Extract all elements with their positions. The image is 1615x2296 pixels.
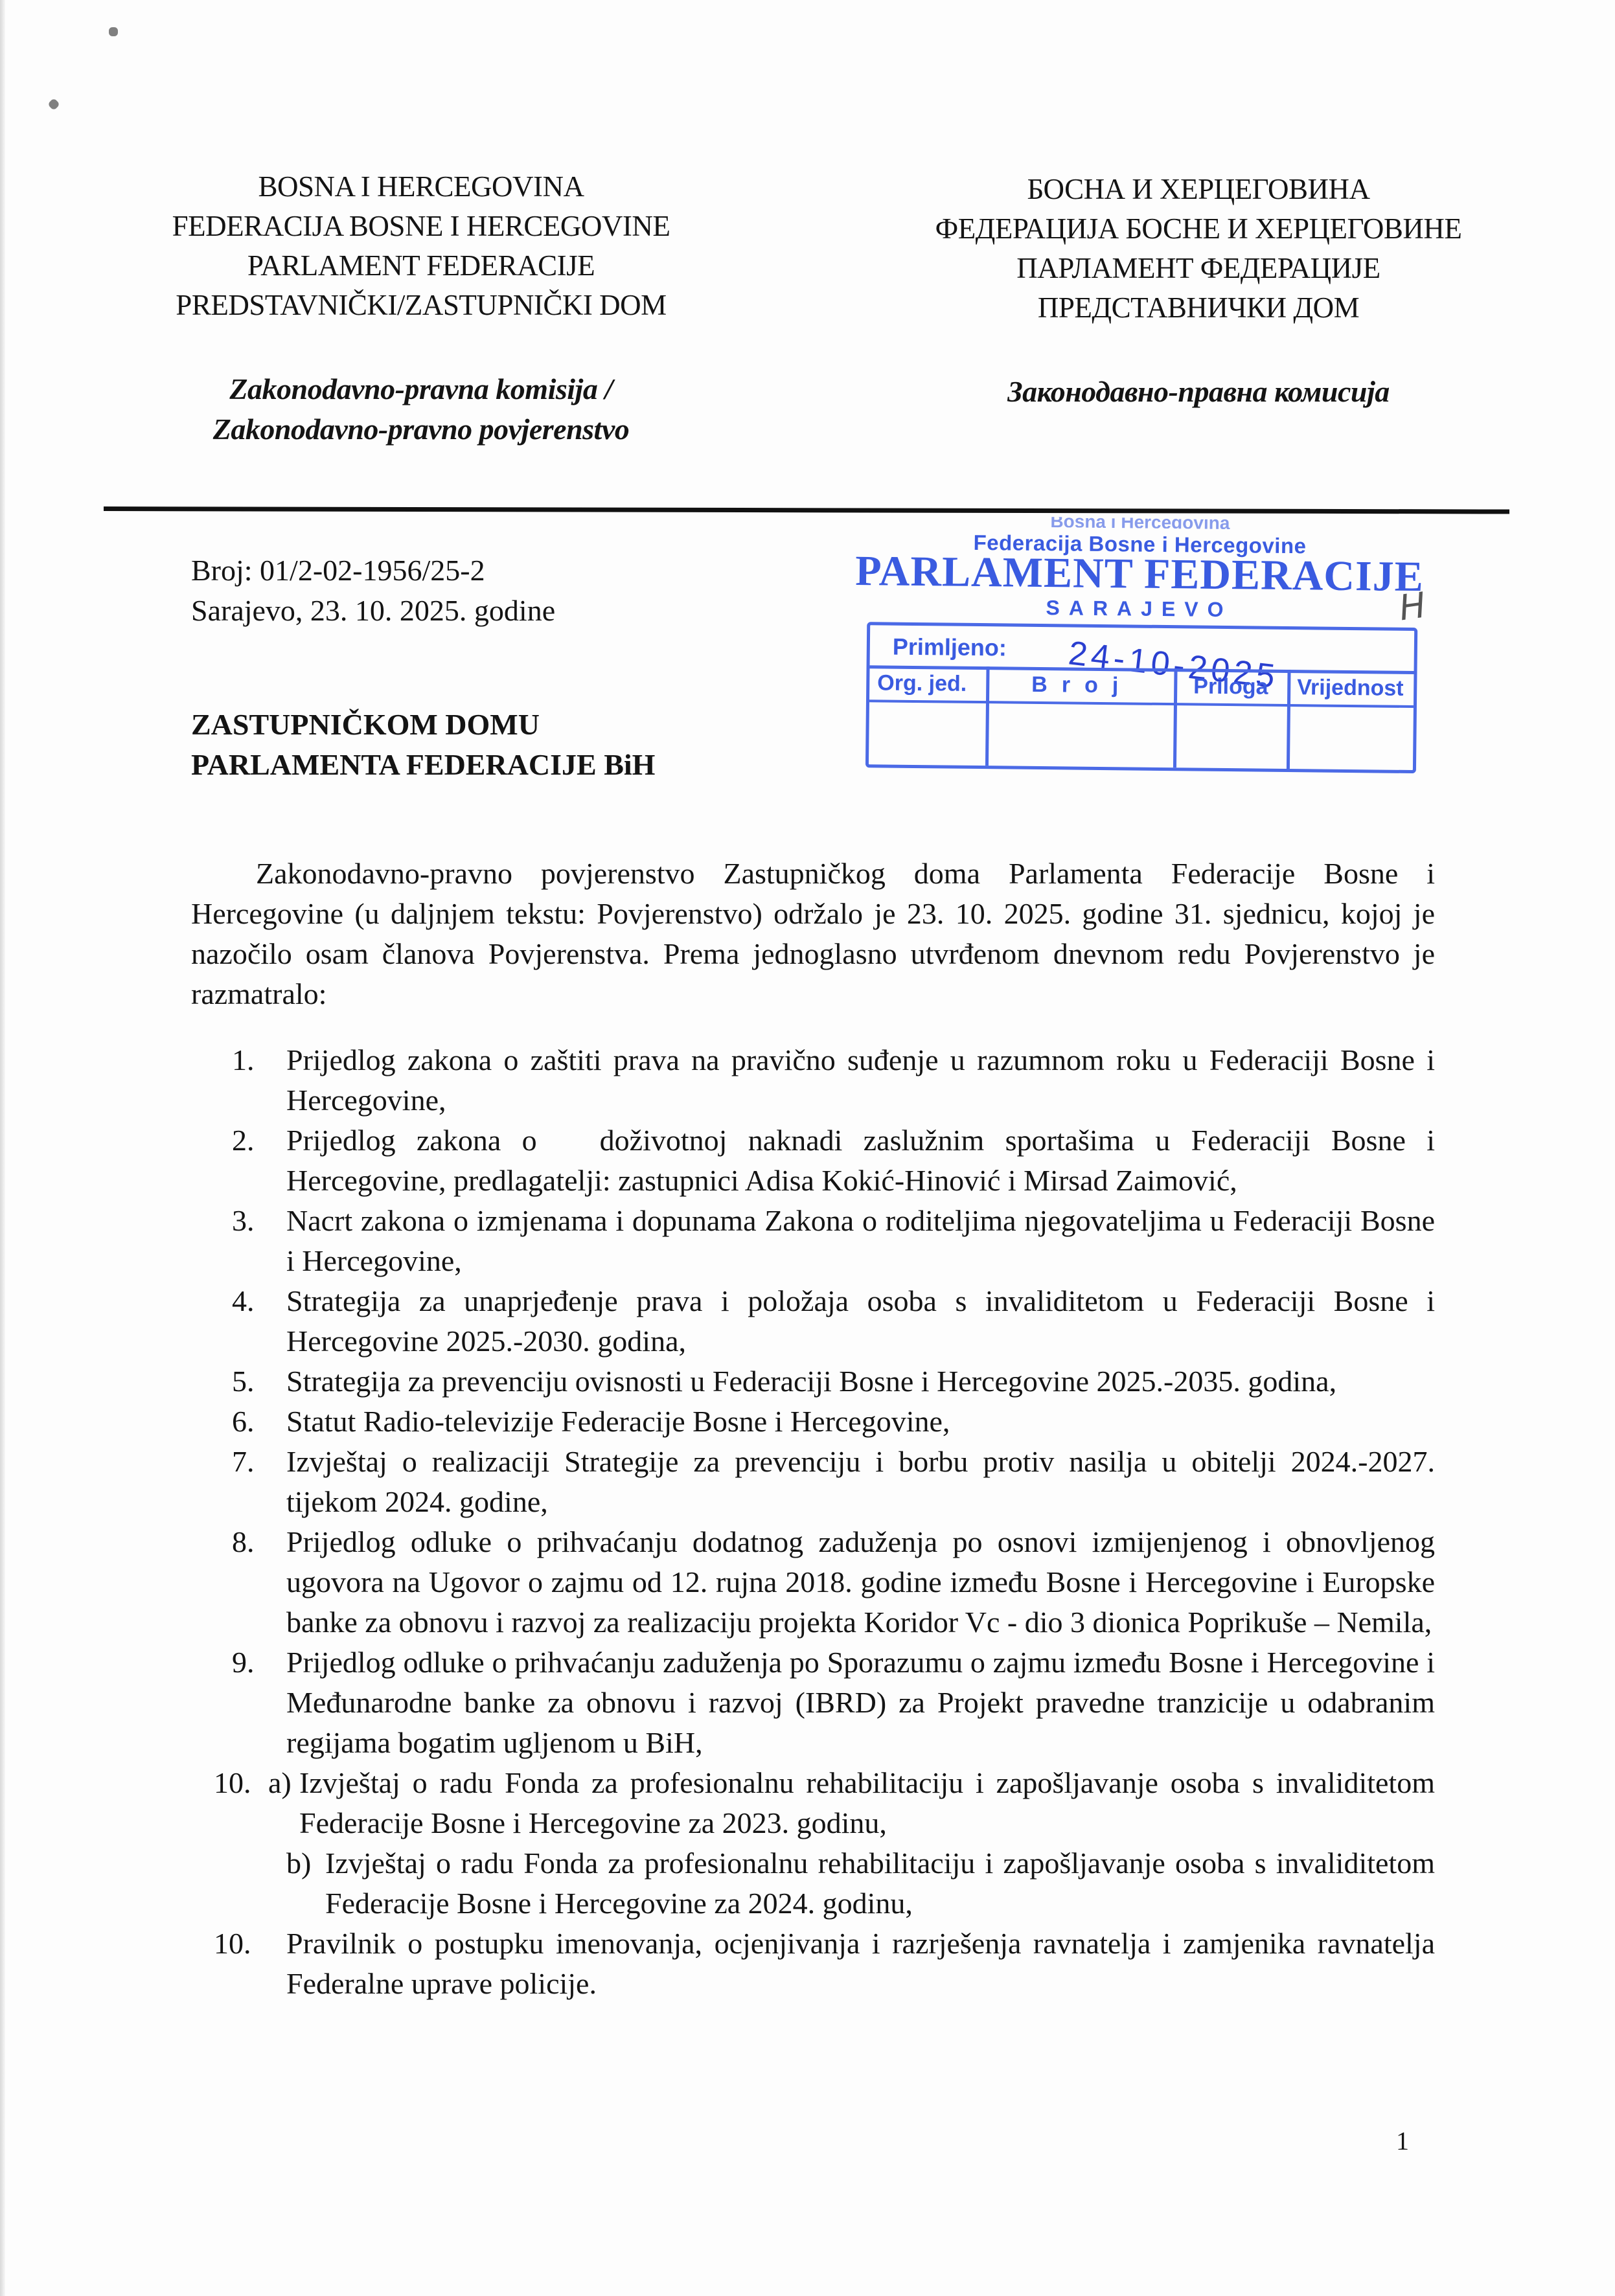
agenda-item-text: Pravilnik o postupku imenovanja, ocjenji…: [286, 1927, 1435, 2000]
agenda-sub-item-text: Izvještaj o radu Fonda za profesionalnu …: [299, 1766, 1435, 1839]
agenda-item-number: 6.: [232, 1402, 255, 1442]
agenda-item-text: Prijedlog zakona o zaštiti prava na prav…: [286, 1043, 1435, 1117]
header-line: ФЕДЕРАЦИЈА БОСНЕ И ХЕРЦЕГОВИНЕ: [842, 209, 1555, 249]
agenda-item-number: 4.: [232, 1281, 255, 1321]
agenda-item: 4.Strategija za unaprjeđenje prava i pol…: [214, 1281, 1435, 1361]
staple-mark: [109, 27, 118, 36]
stamp-column-divider: [1287, 670, 1291, 769]
committee-name-latin: Zakonodavno-pravna komisija / Zakonodavn…: [97, 369, 745, 449]
stamp-country: Bosna i Hercegovina: [855, 515, 1425, 531]
header-line: ПАРЛАМЕНТ ФЕДЕРАЦИЈЕ: [842, 249, 1555, 288]
handwritten-mark: H: [1397, 584, 1428, 628]
stamp-column-header: Org. jed.: [877, 670, 967, 696]
staple-mark: [47, 98, 60, 111]
agenda-item-text: Strategija za unaprjeđenje prava i polož…: [286, 1284, 1435, 1358]
agenda-sub-item-label: a): [268, 1763, 292, 1803]
agenda-item-number: 10.: [214, 1924, 251, 1964]
agenda-sub-item: a)Izvještaj o radu Fonda za profesionaln…: [260, 1763, 1435, 1843]
place-date: Sarajevo, 23. 10. 2025. godine: [191, 591, 555, 631]
header-line: БОСНА И ХЕРЦЕГОВИНА: [842, 170, 1555, 209]
agenda-item-number: 3.: [232, 1201, 255, 1241]
agenda-item-number: 10.: [214, 1763, 251, 1803]
reference-number: Broj: 01/2-02-1956/25-2: [191, 551, 555, 591]
stamp-column-divider: [985, 666, 990, 766]
agenda-item: 8.Prijedlog odluke o prihvaćanju dodatno…: [214, 1522, 1435, 1642]
agenda-sub-item: b)Izvještaj o radu Fonda za profesionaln…: [286, 1843, 1435, 1924]
received-stamp: Bosna i Hercegovina Federacija Bosne i H…: [853, 515, 1425, 780]
agenda-item: 10.Pravilnik o postupku imenovanja, ocje…: [214, 1924, 1435, 2004]
header-line: ПРЕДСТАВНИЧКИ ДОМ: [842, 288, 1555, 328]
stamp-city: SARAJEVO: [854, 594, 1424, 624]
stamp-received-label: Primljeno:: [893, 633, 1007, 662]
stamp-column-divider: [1173, 668, 1178, 767]
agenda-item-text: Prijedlog odluke o prihvaćanju zaduženja…: [286, 1646, 1435, 1759]
agenda-item-text: Strategija za prevenciju ovisnosti u Fed…: [286, 1365, 1336, 1398]
agenda-item-number: 2.: [232, 1120, 255, 1161]
committee-line: Zakonodavno-pravno povjerenstvo: [97, 409, 745, 449]
agenda-item-text: Statut Radio-televizije Federacije Bosne…: [286, 1405, 950, 1438]
agenda-item: 9.Prijedlog odluke o prihvaćanju zadužen…: [214, 1642, 1435, 1763]
agenda-item-number: 1.: [232, 1040, 255, 1080]
stamp-parliament: PARLAMENT FEDERACIJE: [854, 549, 1425, 600]
committee-name-cyrillic: Законодавно-правна комисија: [842, 372, 1555, 412]
agenda-item: 1.Prijedlog zakona o zaštiti prava na pr…: [214, 1040, 1435, 1120]
agenda-item-text: Nacrt zakona o izmjenama i dopunama Zako…: [286, 1204, 1435, 1277]
page-number: 1: [1396, 2126, 1409, 2156]
recipient: ZASTUPNIČKOM DOMU PARLAMENTA FEDERACIJE …: [191, 705, 655, 785]
agenda-item: 10. a)Izvještaj o radu Fonda za profesio…: [214, 1763, 1435, 1924]
agenda-item-number: 7.: [232, 1442, 255, 1482]
document-reference: Broj: 01/2-02-1956/25-2 Sarajevo, 23. 10…: [191, 551, 555, 631]
agenda-item: 2.Prijedlog zakona o doživotnoj naknadi …: [214, 1120, 1435, 1201]
agenda-item: 3.Nacrt zakona o izmjenama i dopunama Za…: [214, 1201, 1435, 1281]
agenda-item-text: Prijedlog odluke o prihvaćanju dodatnog …: [286, 1525, 1435, 1639]
recipient-line: PARLAMENTA FEDERACIJE BiH: [191, 745, 655, 785]
committee-line: Законодавно-правна комисија: [842, 372, 1555, 412]
agenda-sub-list: a)Izvještaj o radu Fonda za profesionaln…: [286, 1763, 1435, 1924]
stamp-divider: [869, 699, 1414, 708]
header-line: PARLAMENT FEDERACIJE: [97, 246, 745, 286]
agenda-item-text: Prijedlog zakona o doživotnoj naknadi za…: [286, 1124, 1443, 1197]
header-latin: BOSNA I HERCEGOVINA FEDERACIJA BOSNE I H…: [97, 167, 745, 449]
committee-line: Zakonodavno-pravna komisija /: [97, 369, 745, 409]
agenda-list: 1.Prijedlog zakona o zaštiti prava na pr…: [214, 1040, 1435, 2004]
header-cyrillic: БОСНА И ХЕРЦЕГОВИНА ФЕДЕРАЦИЈА БОСНЕ И Х…: [842, 170, 1555, 412]
agenda-sub-item-label: b): [286, 1843, 311, 1883]
agenda-item: 5.Strategija za prevenciju ovisnosti u F…: [214, 1361, 1435, 1402]
intro-paragraph: Zakonodavno-pravno povjerenstvo Zastupni…: [191, 854, 1435, 1014]
header-divider: [104, 506, 1509, 514]
agenda-item: 7.Izvještaj o realizaciji Strategije za …: [214, 1442, 1435, 1522]
agenda-sub-item-text: Izvještaj o radu Fonda za profesionalnu …: [325, 1847, 1435, 1920]
stamp-column-header: Broj: [1031, 672, 1132, 699]
stamp-column-header: Vrijednost: [1297, 675, 1404, 701]
agenda-item: 6.Statut Radio-televizije Federacije Bos…: [214, 1402, 1435, 1442]
header-line: FEDERACIJA BOSNE I HERCEGOVINE: [97, 207, 745, 246]
header-line: PREDSTAVNIČKI/ZASTUPNIČKI DOM: [97, 286, 745, 325]
agenda-item-number: 9.: [232, 1642, 255, 1683]
stamp-table: Primljeno: 24-10-2025 Org. jed. Broj Pri…: [865, 622, 1417, 773]
agenda-item-text: Izvještaj o realizaciji Strategije za pr…: [286, 1445, 1435, 1518]
agenda-item-number: 8.: [232, 1522, 255, 1562]
header-line: BOSNA I HERCEGOVINA: [97, 167, 745, 207]
stamp-column-header: Priloga: [1193, 674, 1268, 699]
agenda-item-number: 5.: [232, 1361, 255, 1402]
recipient-line: ZASTUPNIČKOM DOMU: [191, 705, 655, 745]
scan-page-edge: [0, 0, 5, 2296]
